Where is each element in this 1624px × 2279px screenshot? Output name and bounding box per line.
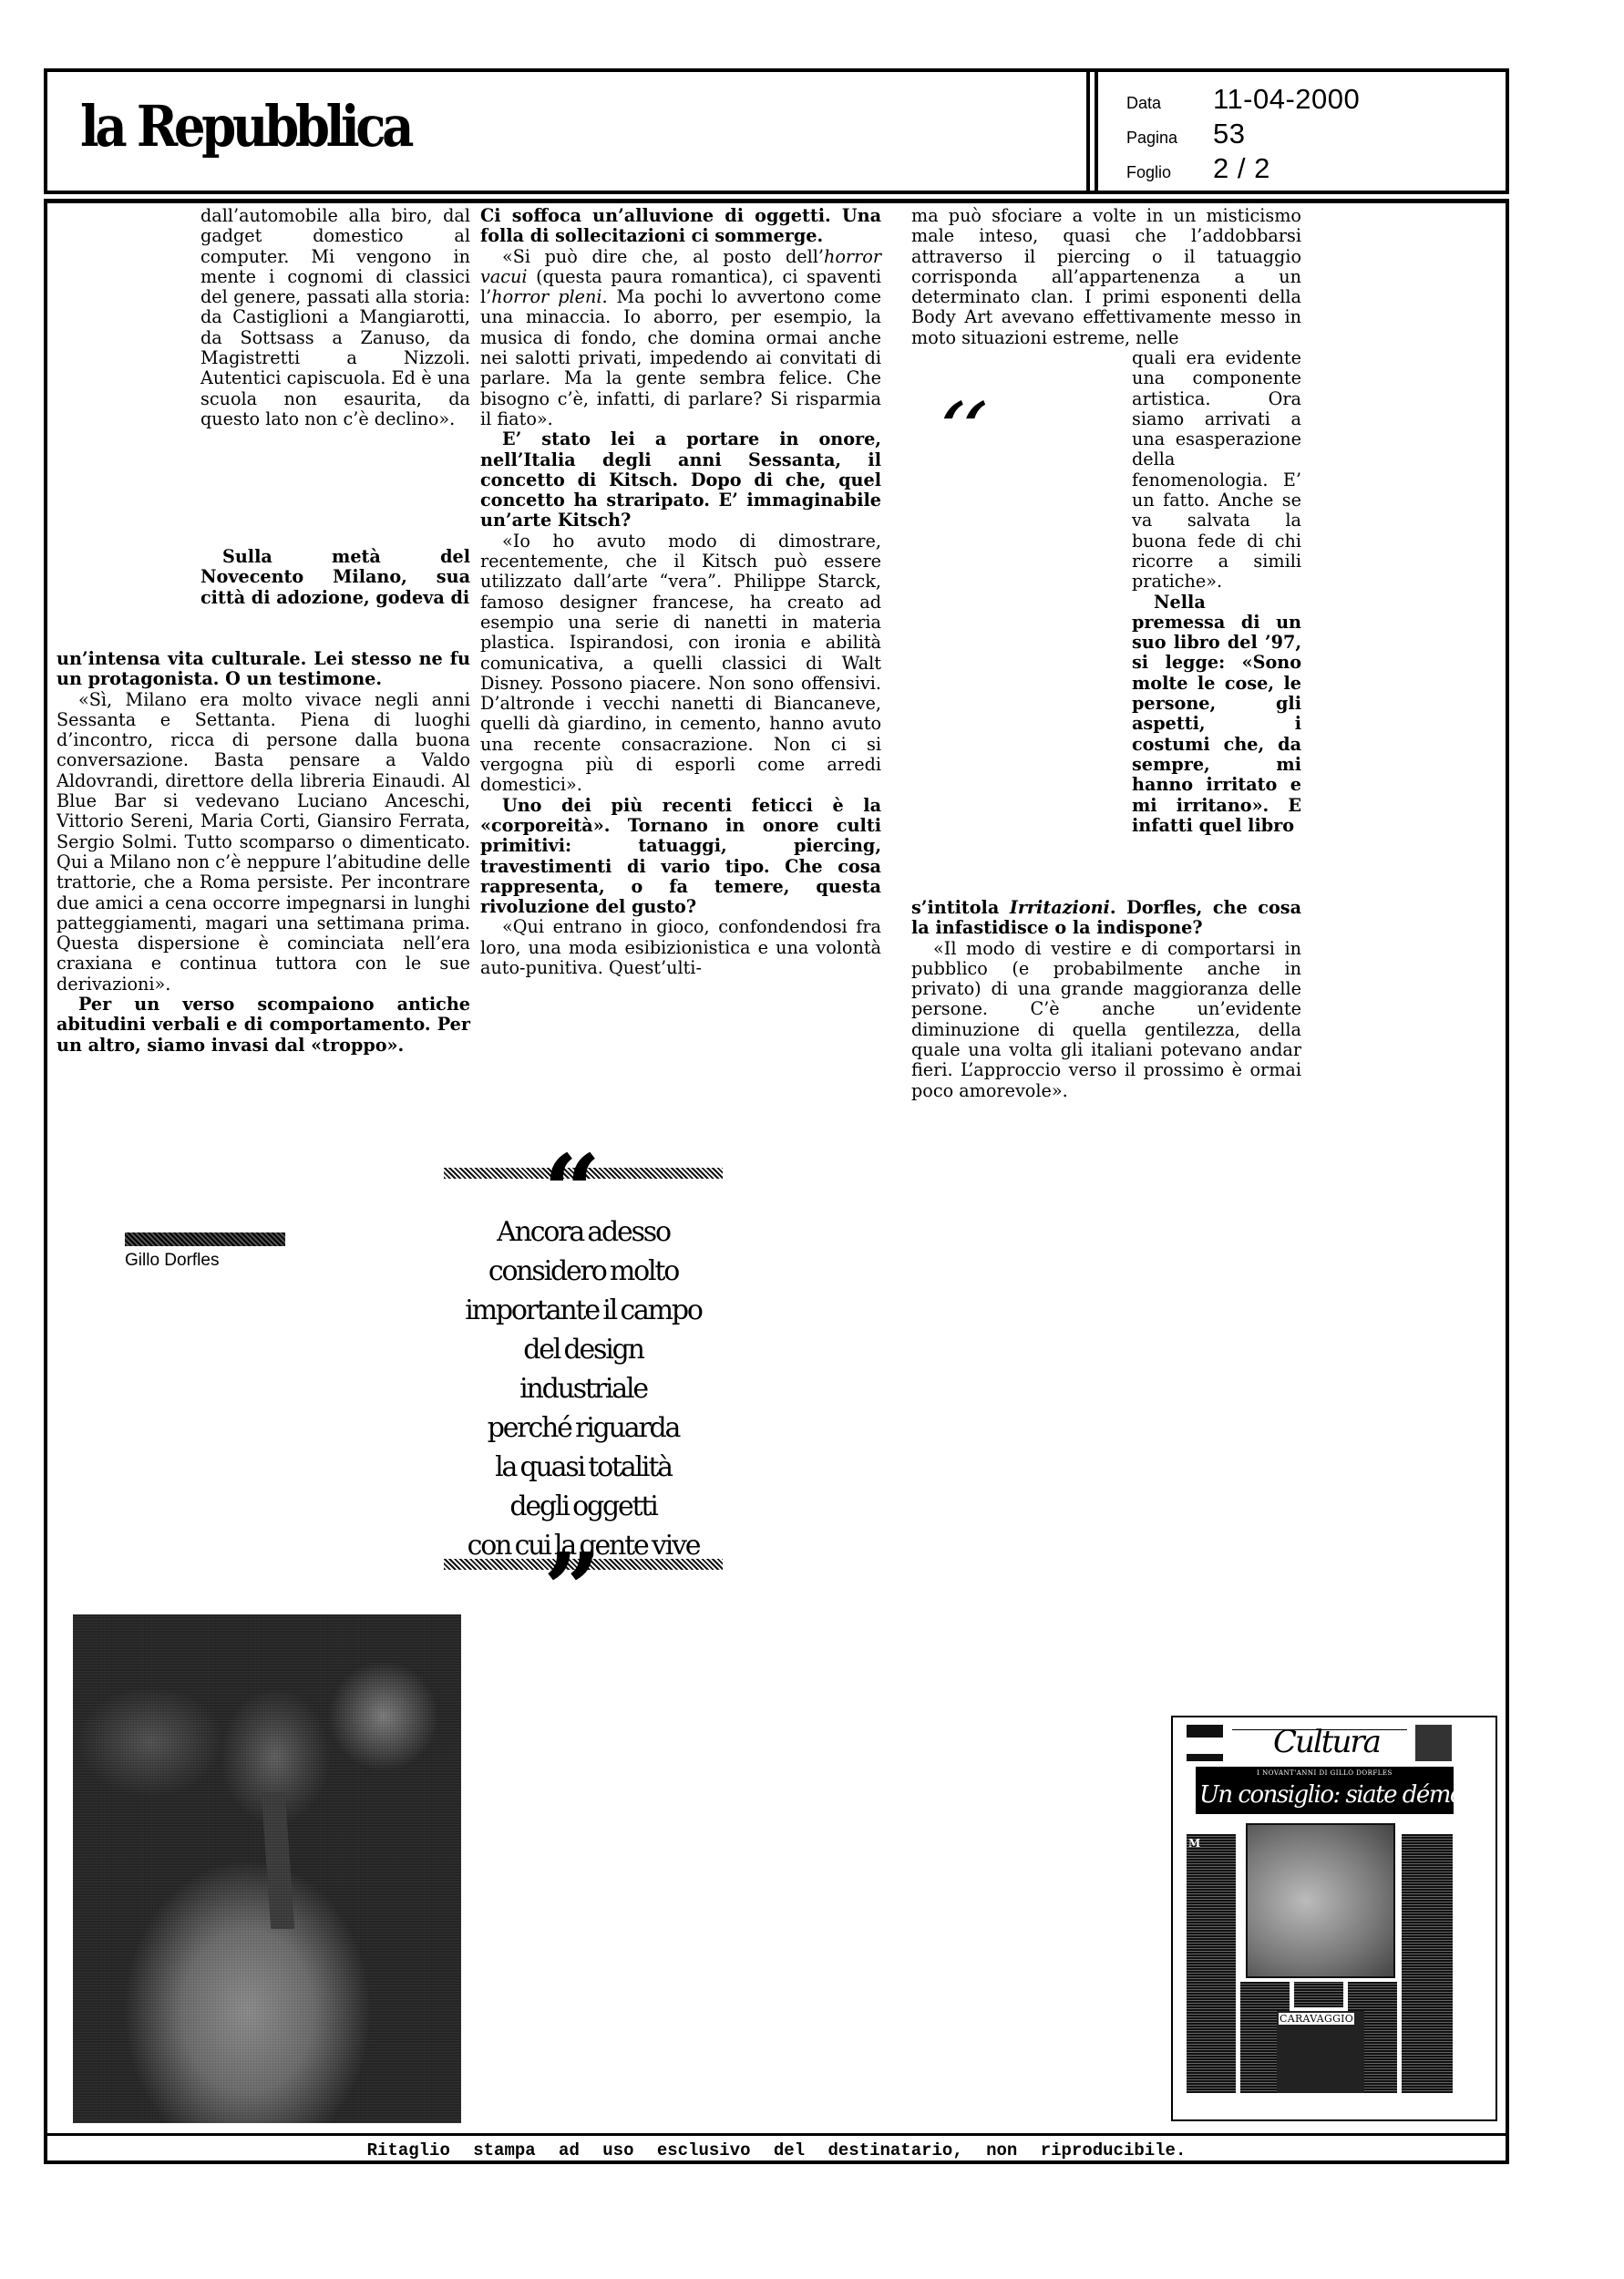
- question-2-cont: Ci soffoca un’alluvione di oggetti. Una …: [480, 205, 881, 246]
- portrait-photo: [73, 1614, 461, 2123]
- footer-divider: [44, 2133, 1509, 2136]
- thumb-small-photo: [1415, 1725, 1452, 1761]
- italic-term: horror pleni: [491, 286, 601, 307]
- thumb-kicker: I NOVANT'ANNI DI GILLO DORFLES: [1196, 1769, 1454, 1777]
- answer-5: «Il modo di vestire e di comportarsi in …: [911, 939, 1301, 1101]
- thumb-box: [1187, 1725, 1223, 1738]
- answer-2: «Si può dire che, al posto dell’horror v…: [480, 247, 881, 430]
- meta-row-data: Data 11-04-2000: [1126, 83, 1360, 116]
- book-title: Irritazioni: [1010, 897, 1110, 918]
- question-text: Sulla metà del Novecento Milano, sua cit…: [200, 546, 470, 608]
- meta-label: Foglio: [1126, 163, 1213, 182]
- question-2: Per un verso scompaiono antiche abitudin…: [57, 994, 470, 1056]
- text-run: . Ma pochi lo avvertono come una minacci…: [480, 286, 881, 429]
- pull-quote-line: del design: [444, 1330, 723, 1369]
- meta-label: Data: [1126, 94, 1213, 113]
- answer-4: «Qui entrano in gioco, confondendosi fra…: [480, 917, 881, 978]
- pull-quote: Ancora adesso considero molto importante…: [444, 1212, 723, 1565]
- meta-value-date: 11-04-2000: [1213, 83, 1360, 116]
- thumb-section-title: Cultura: [1273, 1727, 1380, 1758]
- photo-caption: Gillo Dorfles: [125, 1251, 219, 1271]
- answer-1: «Sì, Milano era molto vivace negli anni …: [57, 690, 470, 995]
- close-quote-icon: ”: [543, 1550, 593, 1630]
- question-3: E’ stato lei a portare in onore, nell’It…: [480, 428, 881, 531]
- article-column-1-wide: un’intensa vita culturale. Lei stesso ne…: [57, 649, 470, 1056]
- question-5: Nella premessa di un suo libro del ’97, …: [1132, 592, 1301, 836]
- masthead-logo: la Repubblica: [80, 98, 410, 155]
- article-column-3-narrow: quali era evidente una componente artist…: [1132, 348, 1301, 836]
- pull-quote-line: considero molto: [444, 1252, 723, 1291]
- page-thumbnail: Cultura I NOVANT'ANNI DI GILLO DORFLES U…: [1171, 1716, 1497, 2121]
- caption-bar: [125, 1232, 285, 1246]
- article-column-1-narrow: dall’automobile alla biro, dal gadget do…: [200, 206, 470, 429]
- halftone-overlay: [73, 1614, 461, 2123]
- question-1: un’intensa vita culturale. Lei stesso ne…: [57, 648, 470, 689]
- thumb-text-column: [1294, 1982, 1343, 2007]
- answer-4-cont-narrow: quali era evidente una componente artist…: [1132, 348, 1301, 593]
- paragraph: dall’automobile alla biro, dal gadget do…: [200, 206, 470, 429]
- question-5-cont: s’intitola Irritazioni. Dorfles, che cos…: [911, 897, 1301, 938]
- thumb-image: [1246, 1823, 1395, 1978]
- meta-value-sheet: 2 / 2: [1213, 152, 1270, 185]
- thumb-ad-title: CARAVAGGIO: [1279, 2013, 1354, 2025]
- pull-quote-line: degli oggetti: [444, 1487, 723, 1526]
- pull-quote-line: importante il campo: [444, 1291, 723, 1330]
- question-1-lead: Sulla metà del Novecento Milano, sua cit…: [200, 547, 470, 608]
- thumb-headline-banner: I NOVANT'ANNI DI GILLO DORFLES Un consig…: [1196, 1767, 1454, 1814]
- thumb-text-column: [1187, 1834, 1236, 2093]
- text-run: «Si può dire che, al posto dell’: [502, 246, 824, 267]
- meta-value-page: 53: [1213, 118, 1245, 150]
- thumb-dropcap: M: [1188, 1837, 1200, 1850]
- pull-quote-line: industriale: [444, 1369, 723, 1408]
- article-column-3-top: ma può sfociare a volte in un misticismo…: [911, 206, 1301, 348]
- clipping-meta-box: Data 11-04-2000 Pagina 53 Foglio 2 / 2: [1086, 68, 1509, 194]
- article-column-3-bottom: s’intitola Irritazioni. Dorfles, che cos…: [911, 898, 1301, 1101]
- question-4: Uno dei più recenti feticci è la «corpor…: [480, 795, 881, 917]
- meta-row-pagina: Pagina 53: [1126, 118, 1245, 150]
- thumb-box: [1187, 1754, 1223, 1761]
- pull-quote-line: la quasi totalità: [444, 1448, 723, 1487]
- footer-notice: Ritaglio stampa ad uso esclusivo del des…: [44, 2140, 1509, 2160]
- thumb-text-column: [1402, 1834, 1453, 2093]
- pull-quote-line: Ancora adesso: [444, 1212, 723, 1252]
- answer-4-cont: ma può sfociare a volte in un misticismo…: [911, 206, 1301, 348]
- meta-row-foglio: Foglio 2 / 2: [1126, 152, 1270, 185]
- thumb-headline: Un consiglio: siate démodé: [1199, 1783, 1489, 1807]
- article-column-2: Ci soffoca un’alluvione di oggetti. Una …: [480, 206, 881, 978]
- meta-label: Pagina: [1126, 129, 1213, 148]
- text-run: s’intitola: [911, 897, 1010, 918]
- thumb-ad: CARAVAGGIO: [1277, 2011, 1364, 2093]
- pull-quote-line: perché riguarda: [444, 1408, 723, 1448]
- answer-3: «Io ho avuto modo di dimostrare, recente…: [480, 531, 881, 796]
